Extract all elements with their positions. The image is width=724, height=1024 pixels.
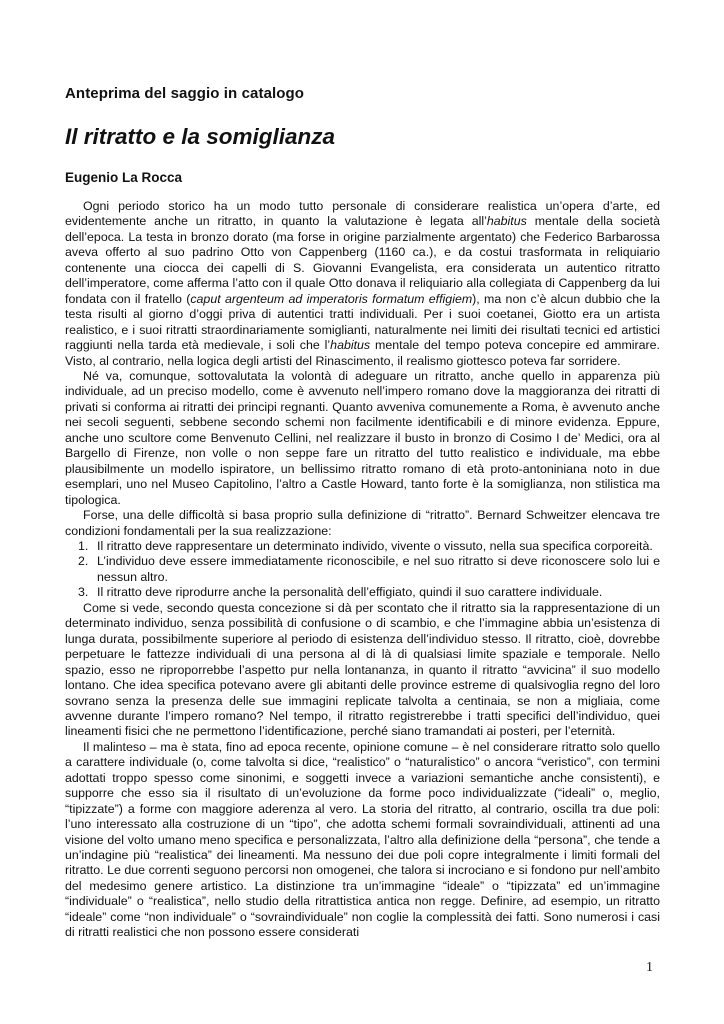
essay-body: Ogni periodo storico ha un modo tutto pe…	[65, 199, 660, 941]
numbered-list: 1.Il ritratto deve rappresentare un dete…	[65, 539, 660, 601]
catalog-preview-heading: Anteprima del saggio in catalogo	[65, 85, 660, 103]
page-number: 1	[646, 960, 653, 976]
list-item-number: 2.	[78, 554, 97, 569]
essay-title: Il ritratto e la somiglianza	[65, 124, 660, 150]
list-item: 1.Il ritratto deve rappresentare un dete…	[97, 539, 660, 554]
list-item: 2.L’individuo deve essere immediatamente…	[97, 554, 660, 585]
list-item-number: 3.	[78, 585, 97, 600]
latin-term: habitus	[330, 338, 370, 352]
paragraph: Il malinteso – ma è stata, fino ad epoca…	[65, 740, 660, 941]
list-item-number: 1.	[78, 539, 97, 554]
paragraph: Ogni periodo storico ha un modo tutto pe…	[65, 199, 660, 369]
author-name: Eugenio La Rocca	[65, 170, 660, 186]
latin-quote: caput argenteum ad imperatoris formatum …	[190, 292, 472, 306]
paragraph: Forse, una delle difficoltà si basa prop…	[65, 508, 660, 539]
list-item: 3.Il ritratto deve riprodurre anche la p…	[97, 585, 660, 600]
list-item-text: Il ritratto deve rappresentare un determ…	[97, 539, 653, 553]
document-page: Anteprima del saggio in catalogo Il ritr…	[0, 0, 724, 1024]
list-item-text: Il ritratto deve riprodurre anche la per…	[97, 585, 602, 599]
latin-term: habitus	[487, 214, 527, 228]
paragraph: Né va, comunque, sottovalutata la volont…	[65, 369, 660, 508]
paragraph: Come si vede, secondo questa concezione …	[65, 601, 660, 740]
list-item-text: L’individuo deve essere immediatamente r…	[97, 554, 660, 583]
